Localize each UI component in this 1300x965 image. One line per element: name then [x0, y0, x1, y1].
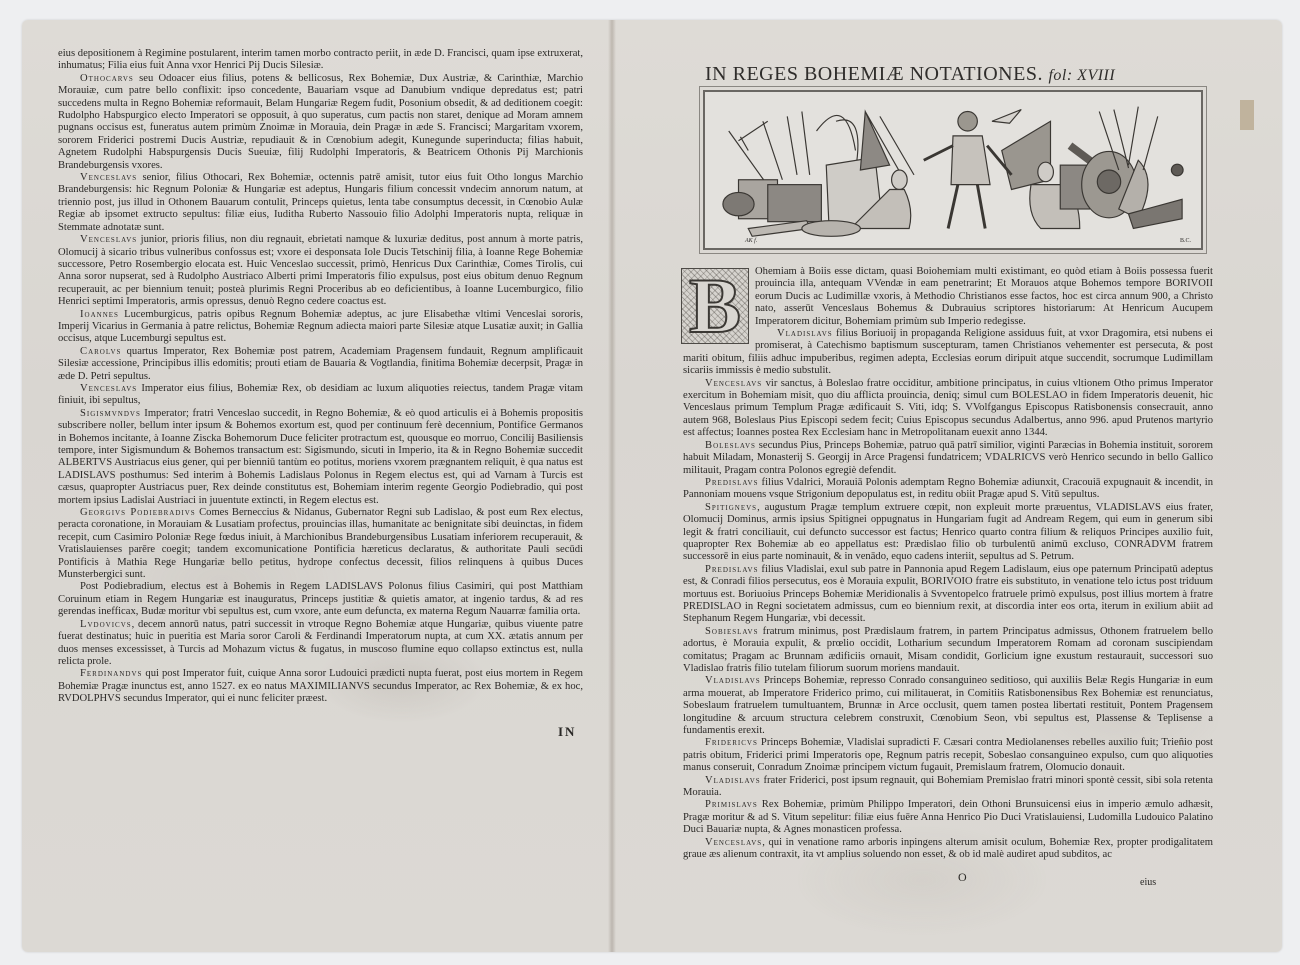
right-catchword: eius [1140, 877, 1156, 888]
paragraph: Sobieslavs fratrum minimus, post Prædisl… [683, 626, 1213, 676]
paragraph-lead-name: Venceslavs [80, 383, 137, 394]
paragraph: Othocarvs seu Odoacer eius filius, poten… [58, 73, 583, 172]
paragraph-lead-name: Ioannes [80, 309, 119, 320]
running-head: IN REGES BOHEMIÆ NOTATIONES. fol: XVIII [705, 63, 1205, 86]
signature-mark: O [958, 870, 967, 885]
paragraph-text: Princeps Bohemiæ, represso Conrado consa… [683, 675, 1213, 736]
paragraph-text: Ohemiam à Boiis esse dictam, quasi Boioh… [755, 266, 1213, 327]
paragraph-lead-name: Carolvs [80, 346, 121, 357]
paragraph: Fridericvs Princeps Bohemiæ, Vladislai s… [683, 737, 1213, 774]
paragraph-lead-name: Primislavs [705, 799, 758, 810]
paragraph: Georgivs Podiebradivs Comes Berneccius &… [58, 507, 583, 581]
paragraph-text: Princeps Bohemiæ, Vladislai supradicti F… [683, 737, 1213, 773]
paragraph-lead-name: Predislavs [705, 477, 759, 488]
decorated-initial-letter: B [682, 269, 748, 343]
paragraph-text: , augustum Pragæ templum extruere cœpit,… [683, 502, 1213, 563]
paragraph-lead-name: Ferdinandvs [80, 668, 142, 679]
paragraph-text: Rex Bohemiæ, primùm Philippo Imperatori,… [683, 799, 1213, 835]
paper-stain [1240, 100, 1254, 130]
paragraph-text: Imperator eius filius, Bohemiæ Rex, ob d… [58, 383, 583, 406]
paragraph-text: quartus Imperator, Rex Bohemiæ post patr… [58, 346, 583, 382]
left-catchword: IN [558, 724, 576, 740]
paragraph: Predislavs filius Vladislai, exul sub pa… [683, 564, 1213, 626]
paragraph-lead-name: Othocarvs [80, 73, 134, 84]
paragraph-text: filius Vdalrici, Morauiā Polonis adempta… [683, 477, 1213, 500]
paragraph: Post Podiebradium, electus est à Bohemis… [58, 581, 583, 618]
paragraph-lead-name: Lvdovicvs [80, 619, 132, 630]
decorated-initial: B [681, 268, 749, 344]
paragraph: Ferdinandvs qui post Imperator fuit, cui… [58, 668, 583, 705]
paragraph-text: Post Podiebradium, electus est à Bohemis… [58, 581, 583, 617]
paragraph-text: filius Vladislai, exul sub patre in Pann… [683, 564, 1213, 625]
paragraph: Primislavs Rex Bohemiæ, primùm Philippo … [683, 799, 1213, 836]
paragraph: Venceslavs Imperator eius filius, Bohemi… [58, 383, 583, 408]
paragraph: Vladislavs filius Boriuoij in propaganda… [683, 328, 1213, 378]
paragraph: Boleslavs secundus Pius, Princeps Bohemi… [683, 440, 1213, 477]
paragraph: Predislavs filius Vdalrici, Morauiā Polo… [683, 477, 1213, 502]
paragraph-lead-name: Boleslavs [705, 440, 756, 451]
paragraph-lead-name: Spitignevs [705, 502, 757, 513]
paragraph-lead-name: Venceslavs [705, 837, 762, 848]
paragraph: Ohemiam à Boiis esse dictam, quasi Boioh… [683, 266, 1213, 328]
paragraph: Vladislavs Princeps Bohemiæ, represso Co… [683, 675, 1213, 737]
paragraph-lead-name: Predislavs [705, 564, 759, 575]
paragraph: Venceslavs senior, filius Othocari, Rex … [58, 172, 583, 234]
paragraph-text: eius depositionem à Regimine postularent… [58, 48, 583, 71]
paragraph-lead-name: Vladislavs [777, 328, 833, 339]
paragraph-text: frater Friderici, post ipsum regnauit, q… [683, 775, 1213, 798]
paragraph-lead-name: Sobieslavs [705, 626, 759, 637]
paragraph-lead-name: Vladislavs [705, 675, 761, 686]
paragraph-text: , qui in venatione ramo arboris inpingen… [683, 837, 1213, 860]
paragraph: eius depositionem à Regimine postularent… [58, 48, 583, 73]
paragraph-lead-name: Venceslavs [705, 378, 762, 389]
paragraph-lead-name: Venceslavs [80, 234, 137, 245]
paragraph: Sigismvndvs Imperator; fratri Venceslao … [58, 408, 583, 507]
paragraph-text: secundus Pius, Princeps Bohemiæ, patruo … [683, 440, 1213, 476]
paragraph-text: , decem annorū natus, patri successit in… [58, 619, 583, 667]
trophy-of-arms-illustration [705, 92, 1201, 248]
engraver-signature-left: AK f. [745, 238, 757, 244]
paragraph: Carolvs quartus Imperator, Rex Bohemiæ p… [58, 346, 583, 383]
folio-number: fol: XVIII [1048, 67, 1115, 84]
left-page: eius depositionem à Regimine postularent… [58, 48, 583, 706]
paragraph: Venceslavs junior, prioris filius, non d… [58, 234, 583, 308]
paragraph-lead-name: Vladislavs [705, 775, 761, 786]
paragraph-text: Imperator; fratri Venceslao succedit, in… [58, 408, 583, 506]
engraver-signature-right: B.C. [1180, 238, 1191, 244]
paragraph: Venceslavs vir sanctus, à Boleslao fratr… [683, 378, 1213, 440]
right-page: B Ohemiam à Boiis esse dictam, quasi Boi… [683, 266, 1213, 862]
paragraph-text: filius Boriuoij in propaganda Religione … [683, 328, 1213, 376]
paragraph-lead-name: Venceslavs [80, 172, 137, 183]
paragraph: Vladislavs frater Friderici, post ipsum … [683, 775, 1213, 800]
paragraph-lead-name: Sigismvndvs [80, 408, 141, 419]
paragraph: Venceslavs, qui in venatione ramo arbori… [683, 837, 1213, 862]
paragraph-lead-name: Fridericvs [705, 737, 758, 748]
paragraph-text: Lucemburgicus, patris opibus Regnum Bohe… [58, 309, 583, 345]
center-fold-gutter [608, 20, 616, 952]
paragraph: Spitignevs, augustum Pragæ templum extru… [683, 502, 1213, 564]
running-head-title: IN REGES BOHEMIÆ NOTATIONES. [705, 63, 1043, 85]
paragraph-text: fratrum minimus, post Prædislaum fratrem… [683, 626, 1213, 674]
paragraph-text: seu Odoacer eius filius, potens & bellic… [58, 73, 583, 171]
paragraph: Ioannes Lucemburgicus, patris opibus Reg… [58, 309, 583, 346]
paragraph-text: senior, filius Othocari, Rex Bohemiæ, oc… [58, 172, 583, 233]
paragraph-text: vir sanctus, à Boleslao fratre occiditur… [683, 378, 1213, 439]
paragraph-text: junior, prioris filius, non diu regnauit… [58, 234, 583, 307]
paragraph: Lvdovicvs, decem annorū natus, patri suc… [58, 619, 583, 669]
headpiece-engraving: AK f. B.C. [703, 90, 1203, 250]
paragraph-lead-name: Georgivs Podiebradivs [80, 507, 196, 518]
